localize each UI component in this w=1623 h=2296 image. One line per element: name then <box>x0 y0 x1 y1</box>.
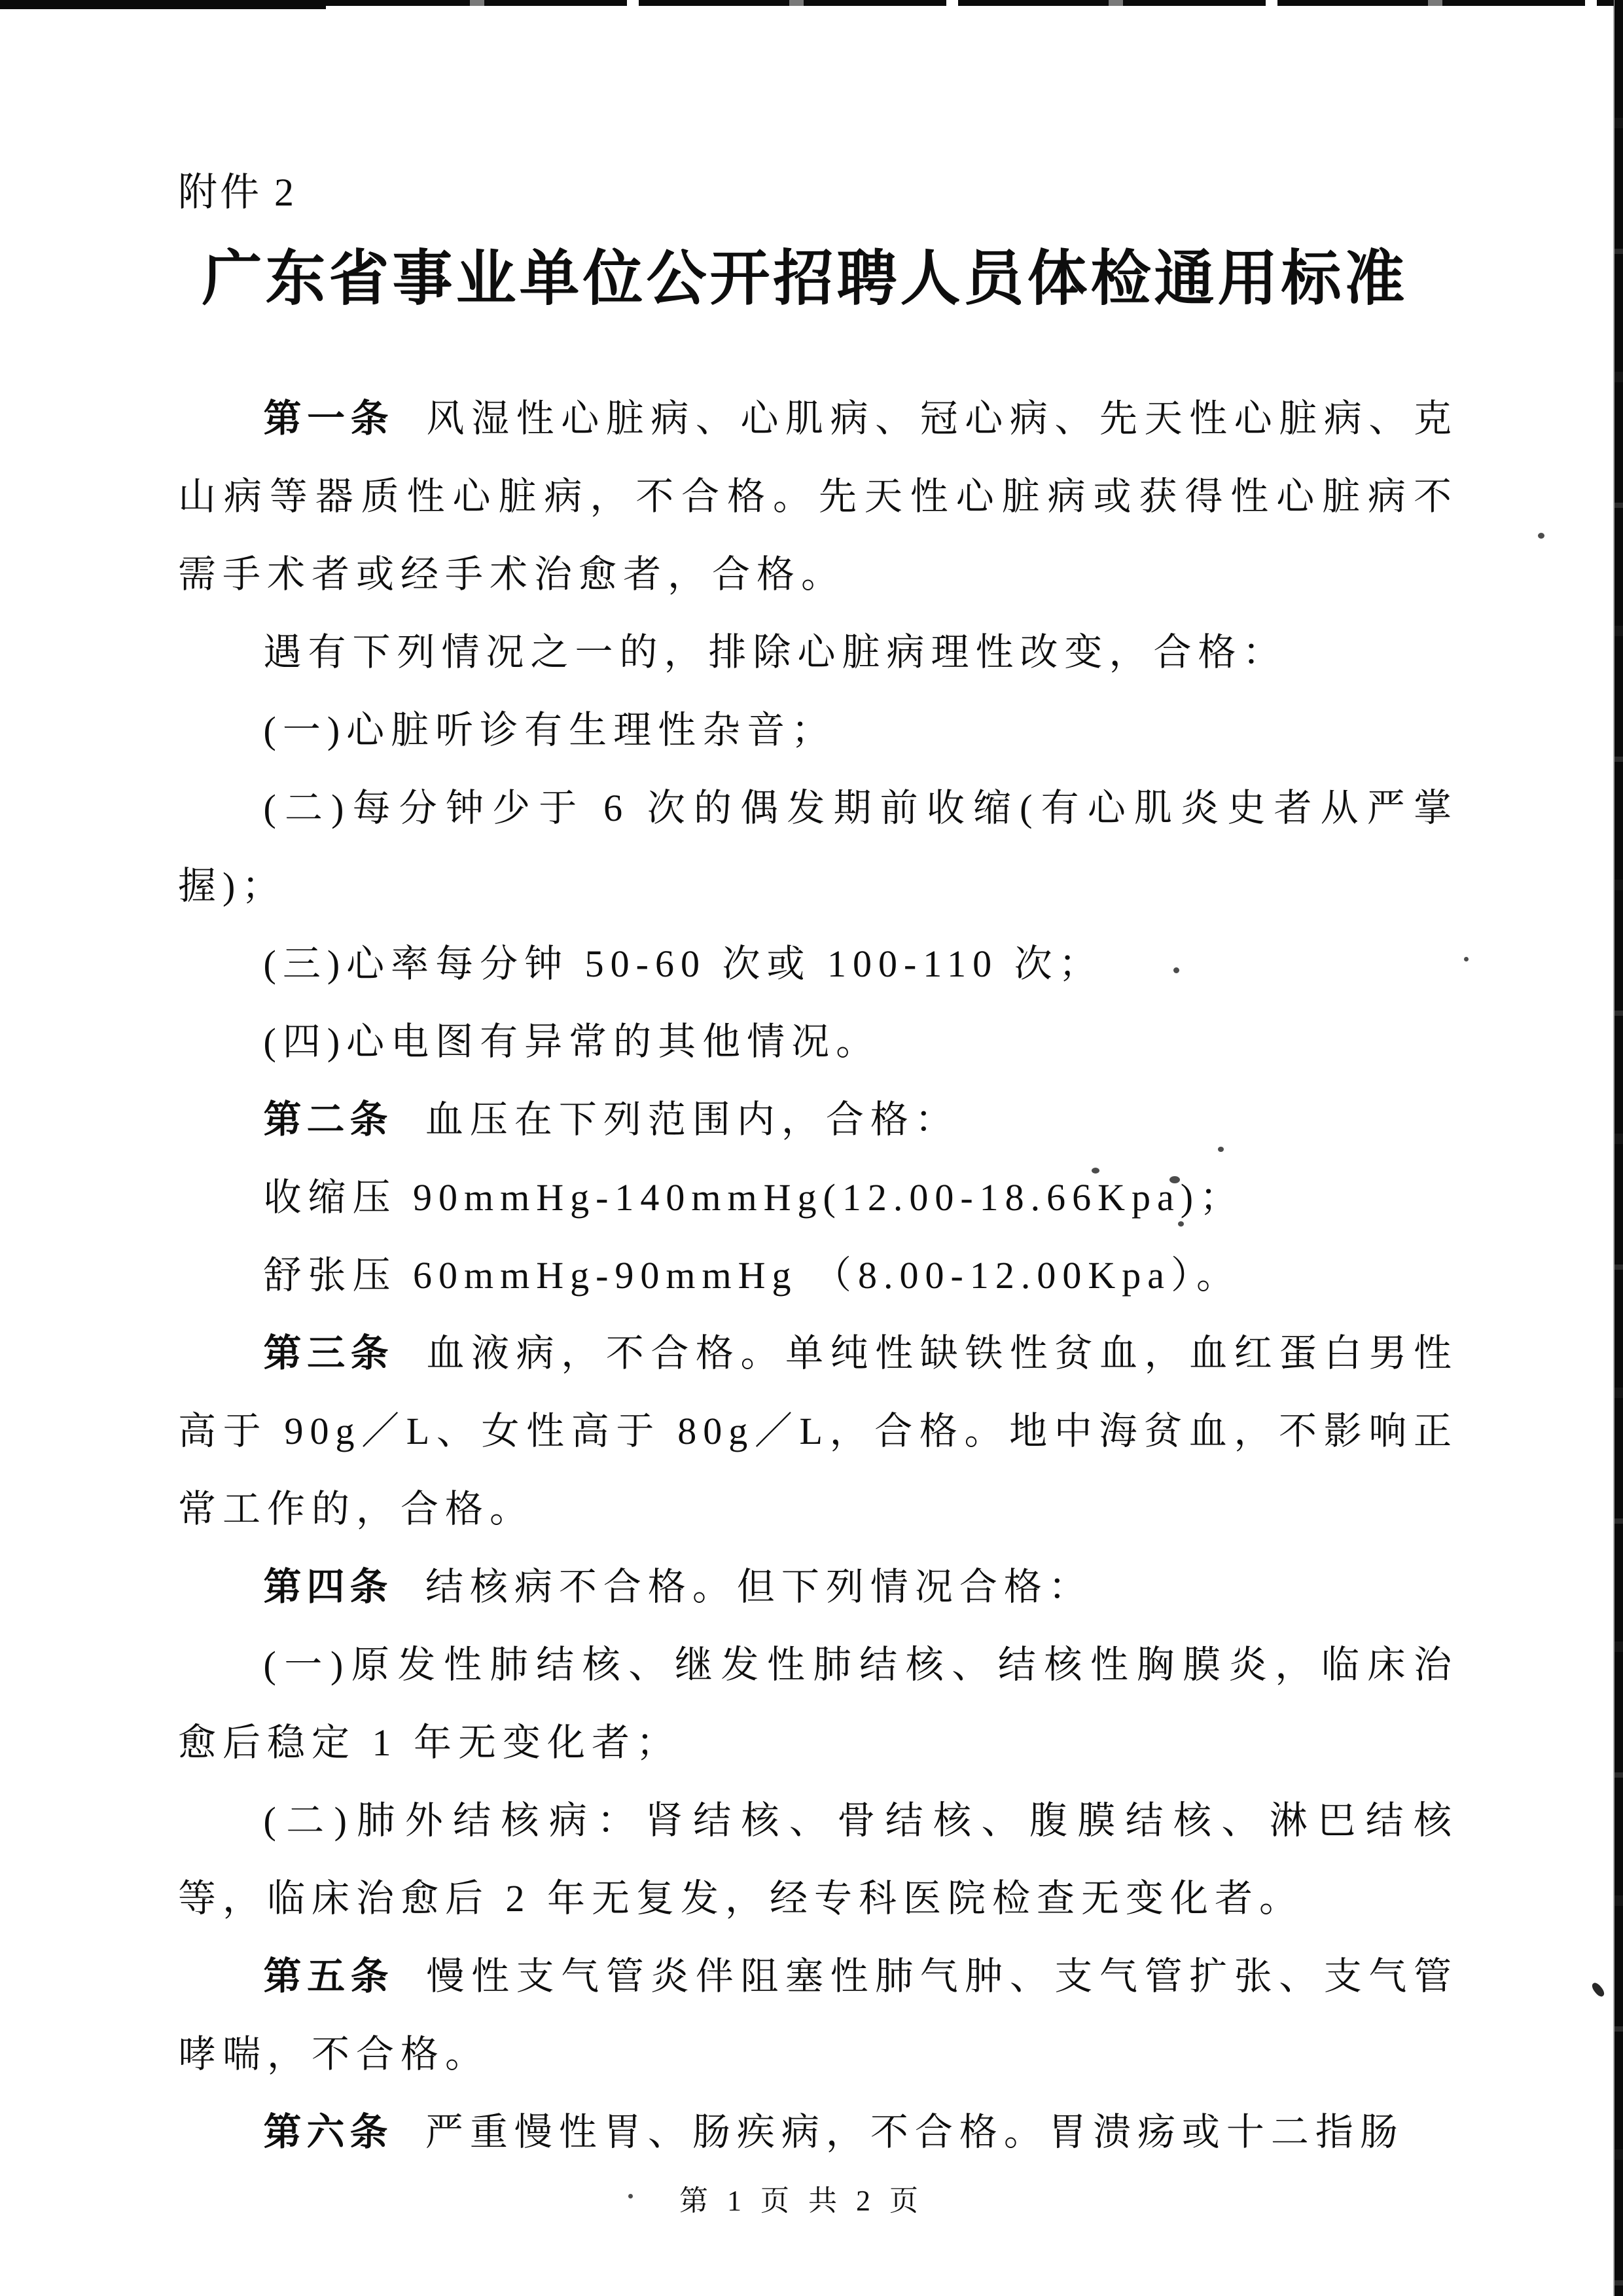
paragraph-text: 严重慢性胃、肠疾病，不合格。胃溃疡或十二指肠 <box>425 2111 1404 2153</box>
paragraph-text: 舒张压 60mmHg-90mmHg （8.00-12.00Kpa）。 <box>264 1254 1241 1297</box>
attachment-label: 附件 2 <box>178 161 296 217</box>
scan-pen-tick <box>1590 1981 1606 1998</box>
article-number: 第六条 <box>264 2111 393 2153</box>
paragraph-text: (二)每分钟少于 6 次的偶发期前收缩(有心肌炎史者从严掌握)； <box>178 787 1458 907</box>
list-item-3: (三)心率每分钟 50-60 次或 100-110 次； <box>178 925 1458 1003</box>
paragraph-article-2: 第二条血压在下列范围内，合格： <box>178 1081 1458 1158</box>
list-item-4: (四)心电图有异常的其他情况。 <box>178 1003 1458 1081</box>
list-item-1: (一)心脏听诊有生理性杂音； <box>178 691 1458 769</box>
list-item-1: (一)原发性肺结核、继发性肺结核、结核性胸膜炎，临床治愈后稳定 1 年无变化者； <box>178 1626 1458 1782</box>
article-number: 第五条 <box>264 1955 395 1998</box>
paragraph-article-3: 第三条血液病，不合格。单纯性缺铁性贫血，血红蛋白男性高于 90g／L、女性高于 … <box>178 1314 1458 1548</box>
list-item-2: (二)肺外结核病：肾结核、骨结核、腹膜结核、淋巴结核等，临床治愈后 2 年无复发… <box>178 1782 1458 1937</box>
page-number-footer: 第 1 页 共 2 页 <box>0 2177 1603 2219</box>
paragraph-article-5: 第五条慢性支气管炎伴阻塞性肺气肿、支气管扩张、支气管哮喘，不合格。 <box>178 1937 1458 2093</box>
document-title: 广东省事业单位公开招聘人员体检通用标准 <box>0 230 1610 317</box>
paragraph-article-1: 第一条风湿性心脏病、心肌病、冠心病、先天性心脏病、克山病等器质性心脏病，不合格。… <box>178 380 1458 613</box>
paragraph-text: (二)肺外结核病：肾结核、骨结核、腹膜结核、淋巴结核等，临床治愈后 2 年无复发… <box>178 1799 1458 1920</box>
paragraph-diastolic: 舒张压 60mmHg-90mmHg （8.00-12.00Kpa）。 <box>178 1236 1458 1314</box>
document-body: 第一条风湿性心脏病、心肌病、冠心病、先天性心脏病、克山病等器质性心脏病，不合格。… <box>178 380 1458 2171</box>
paragraph: 遇有下列情况之一的，排除心脏病理性改变，合格： <box>178 613 1458 691</box>
scan-speck <box>1092 1168 1099 1174</box>
scanned-document-page: 附件 2 广东省事业单位公开招聘人员体检通用标准 第一条风湿性心脏病、心肌病、冠… <box>0 0 1623 2296</box>
paragraph-text: 收缩压 90mmHg-140mmHg(12.00-18.66Kpa)； <box>264 1176 1245 1219</box>
scan-edge-artifact-right <box>1614 0 1623 2296</box>
scan-speck <box>1178 1221 1184 1227</box>
paragraph-text: (一)心脏听诊有生理性杂音； <box>264 709 836 751</box>
paragraph-text: 遇有下列情况之一的，排除心脏病理性改变，合格： <box>264 631 1287 673</box>
paragraph-text: 血压在下列范围内，合格： <box>425 1098 959 1141</box>
paragraph-article-4: 第四条结核病不合格。但下列情况合格： <box>178 1548 1458 1626</box>
paragraph-text: 结核病不合格。但下列情况合格： <box>425 1566 1093 1608</box>
scan-speck <box>1464 957 1469 961</box>
article-number: 第二条 <box>264 1098 393 1141</box>
article-number: 第三条 <box>264 1332 395 1374</box>
scan-speck <box>628 2194 633 2198</box>
paragraph-text: (三)心率每分钟 50-60 次或 100-110 次； <box>264 942 1103 985</box>
list-item-2: (二)每分钟少于 6 次的偶发期前收缩(有心肌炎史者从严掌握)； <box>178 769 1458 925</box>
paragraph-text: (四)心电图有异常的其他情况。 <box>264 1020 881 1063</box>
scan-edge-artifact-top-left <box>0 0 326 9</box>
article-number: 第四条 <box>264 1566 393 1608</box>
scan-speck <box>1218 1147 1224 1152</box>
paragraph-text: (一)原发性肺结核、继发性肺结核、结核性胸膜炎，临床治愈后稳定 1 年无变化者； <box>178 1643 1458 1764</box>
scan-speck <box>1538 533 1544 539</box>
scan-speck <box>1169 1176 1180 1183</box>
paragraph-article-6: 第六条严重慢性胃、肠疾病，不合格。胃溃疡或十二指肠 <box>178 2093 1458 2171</box>
paragraph-systolic: 收缩压 90mmHg-140mmHg(12.00-18.66Kpa)； <box>178 1158 1458 1236</box>
article-number: 第一条 <box>264 397 395 440</box>
scan-speck <box>1173 967 1179 973</box>
